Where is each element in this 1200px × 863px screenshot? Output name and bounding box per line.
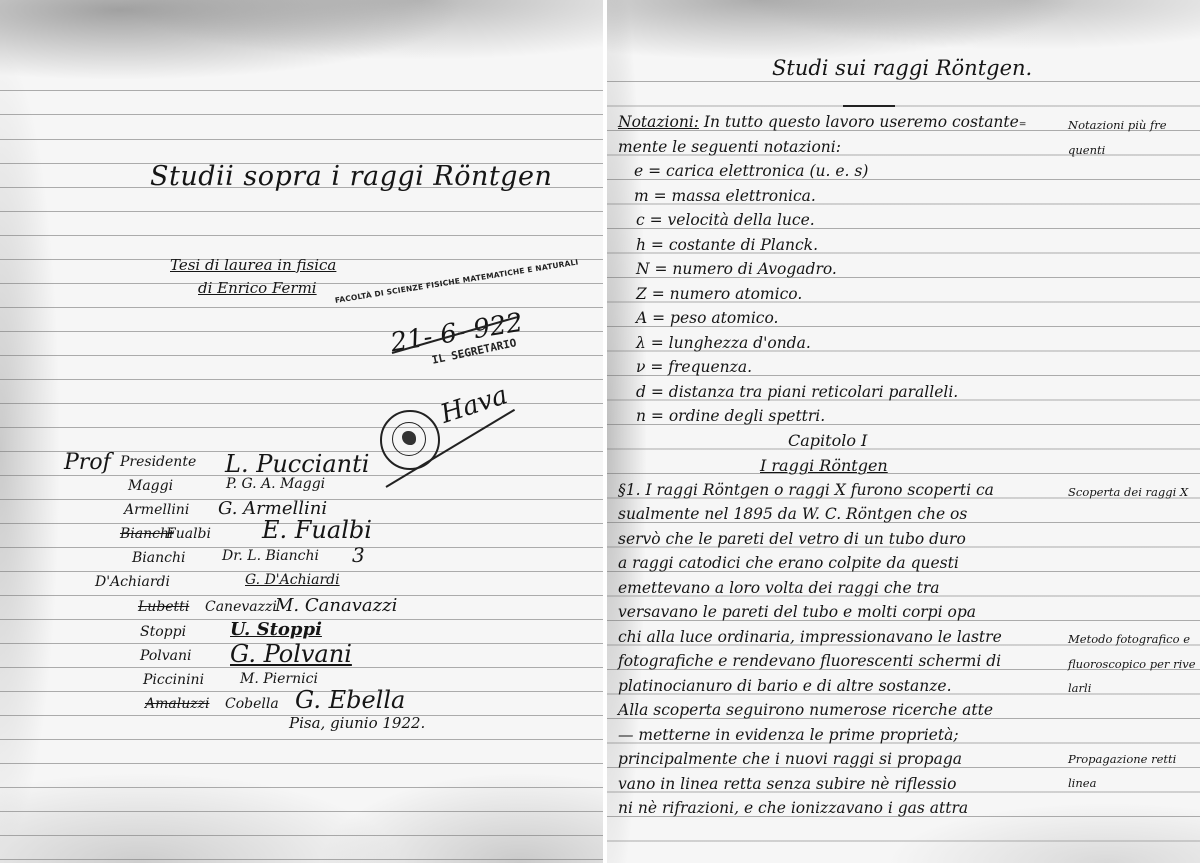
notation-item: A = peso atomico. (636, 311, 778, 327)
notation-symbol: c (636, 211, 645, 229)
committee-signature-extra: E. Fualbi (262, 518, 372, 542)
left-page: Studii sopra i raggi Röntgen Tesi di lau… (0, 0, 603, 863)
committee-signature: M. Piernici (240, 672, 318, 686)
continuation-mark: = (1019, 120, 1027, 130)
body-line: sualmente nel 1895 da W. C. Röntgen che … (618, 507, 967, 523)
chapter-page-title: Studi sui raggi Röntgen. (772, 58, 1032, 79)
notation-definition: peso atomico. (670, 309, 778, 327)
body-line: principalmente che i nuovi raggi si prop… (618, 752, 962, 768)
notation-symbol: n (636, 407, 646, 425)
committee-role: Piccinini (143, 673, 204, 687)
body-line: ni nè rifrazioni, e che ionizzavano i ga… (618, 801, 968, 817)
notation-definition: velocità della luce. (668, 211, 815, 229)
committee-role-struck: Lubetti (138, 600, 189, 614)
margin-note: linea (1068, 778, 1096, 790)
body-line: vano in linea retta senza subire nè rifl… (618, 777, 956, 793)
chapter-number: Capitolo I (788, 433, 867, 449)
committee-signature: U. Stoppi (230, 621, 322, 639)
body-line: platinocianuro di bario e di altre sosta… (618, 679, 952, 695)
notation-definition: ordine degli spettri. (669, 407, 825, 425)
chapter-title: I raggi Röntgen (760, 458, 888, 474)
title-underline (843, 105, 895, 107)
notation-definition: distanza tra piani reticolari paralleli. (669, 383, 958, 401)
committee-signature: L. Puccianti (225, 452, 369, 476)
notation-definition: costante di Planck. (669, 236, 818, 254)
margin-note: Scoperta dei raggi X (1068, 487, 1188, 499)
body-line: a raggi catodici che erano colpite da qu… (618, 556, 959, 572)
intro-line: mente le seguenti notazioni: (618, 140, 841, 156)
seal-emblem-icon (402, 431, 416, 445)
body-line: Alla scoperta seguirono numerose ricerch… (618, 703, 993, 719)
committee-role: Bianchi (132, 551, 185, 565)
committee-role-struck: Amaluzzi (145, 697, 209, 711)
committee-signature: Fualbi (166, 527, 211, 541)
committee-signature: G. D'Achiardi (245, 573, 340, 587)
margin-note: Propagazione retti (1068, 754, 1176, 766)
margin-note: Notazioni più fre (1068, 120, 1167, 132)
notation-symbol: d (636, 383, 646, 401)
margin-note: Metodo fotografico e (1068, 634, 1190, 646)
body-line: §1. I raggi Röntgen o raggi X furono sco… (618, 483, 994, 499)
committee-signature: P. G. A. Maggi (226, 477, 325, 491)
body-line: versavano le pareti del tubo e molti cor… (618, 605, 976, 621)
committee-role: Presidente (120, 455, 196, 469)
notation-item: e = carica elettronica (u. e. s) (634, 164, 868, 180)
committee-role: Stoppi (140, 625, 186, 639)
body-line: — metterne in evidenza le prime propriet… (618, 728, 959, 744)
committee-number: 3 (352, 545, 365, 565)
notation-item: N = numero di Avogadro. (636, 262, 837, 278)
notation-definition: lunghezza d'onda. (669, 334, 811, 352)
committee-signature-extra: G. Ebella (295, 688, 405, 712)
notation-definition: numero atomico. (670, 285, 803, 303)
body-line: servò che le pareti del vetro di un tubo… (618, 532, 966, 548)
notations-label: Notazioni: (618, 113, 699, 131)
body-line: fotografiche e rendevano fluorescenti sc… (618, 654, 1001, 670)
thesis-subtitle: Tesi di laurea in fisica (170, 258, 336, 273)
committee-role: Polvani (140, 649, 192, 663)
committee-role: Maggi (128, 479, 173, 493)
notation-item: n = ordine degli spettri. (636, 409, 825, 425)
committee-signature-extra: M. Canavazzi (275, 597, 397, 615)
committee-prefix: Prof (64, 452, 111, 474)
notation-symbol: m (634, 187, 649, 205)
notation-definition: massa elettronica. (672, 187, 816, 205)
body-line: chi alla luce ordinaria, impressionavano… (618, 630, 1002, 646)
thesis-author: di Enrico Fermi (198, 281, 317, 296)
thesis-title: Studii sopra i raggi Röntgen (150, 163, 552, 190)
intro-line: Notazioni: In tutto questo lavoro userem… (618, 115, 1026, 131)
place-date: Pisa, giunio 1922. (289, 716, 425, 731)
notation-symbol: ν (636, 358, 645, 376)
margin-note: quenti (1068, 145, 1105, 157)
notation-item: h = costante di Planck. (636, 238, 818, 254)
seal-inner-ring (392, 422, 426, 456)
notation-symbol: h (636, 236, 646, 254)
committee-signature: Cobella (225, 697, 279, 711)
committee-role: D'Achiardi (95, 575, 170, 589)
notation-item: Z = numero atomico. (636, 287, 802, 303)
notation-item: m = massa elettronica. (634, 189, 816, 205)
intro-text: In tutto questo lavoro useremo costante (699, 113, 1019, 131)
committee-signature: G. Polvani (230, 642, 352, 666)
committee-signature: Dr. L. Bianchi (222, 549, 319, 563)
notation-symbol: e (634, 162, 643, 180)
notation-item: d = distanza tra piani reticolari parall… (636, 385, 958, 401)
margin-note: fluoroscopico per rive (1068, 659, 1196, 671)
notation-symbol: N (636, 260, 650, 278)
committee-role: Armellini (124, 503, 189, 517)
notation-item: λ = lunghezza d'onda. (636, 336, 811, 352)
notation-symbol: λ (636, 334, 646, 352)
notation-symbol: A (636, 309, 647, 327)
notation-item: ν = frequenza. (636, 360, 752, 376)
notation-definition: frequenza. (668, 358, 752, 376)
margin-note: larli (1068, 683, 1091, 695)
notation-definition: numero di Avogadro. (672, 260, 836, 278)
notation-item: c = velocità della luce. (636, 213, 815, 229)
notation-symbol: Z (636, 285, 647, 303)
notation-definition: carica elettronica (u. e. s) (666, 162, 868, 180)
body-line: emettevano a loro volta dei raggi che tr… (618, 581, 939, 597)
committee-signature: Canevazzi (205, 600, 277, 614)
